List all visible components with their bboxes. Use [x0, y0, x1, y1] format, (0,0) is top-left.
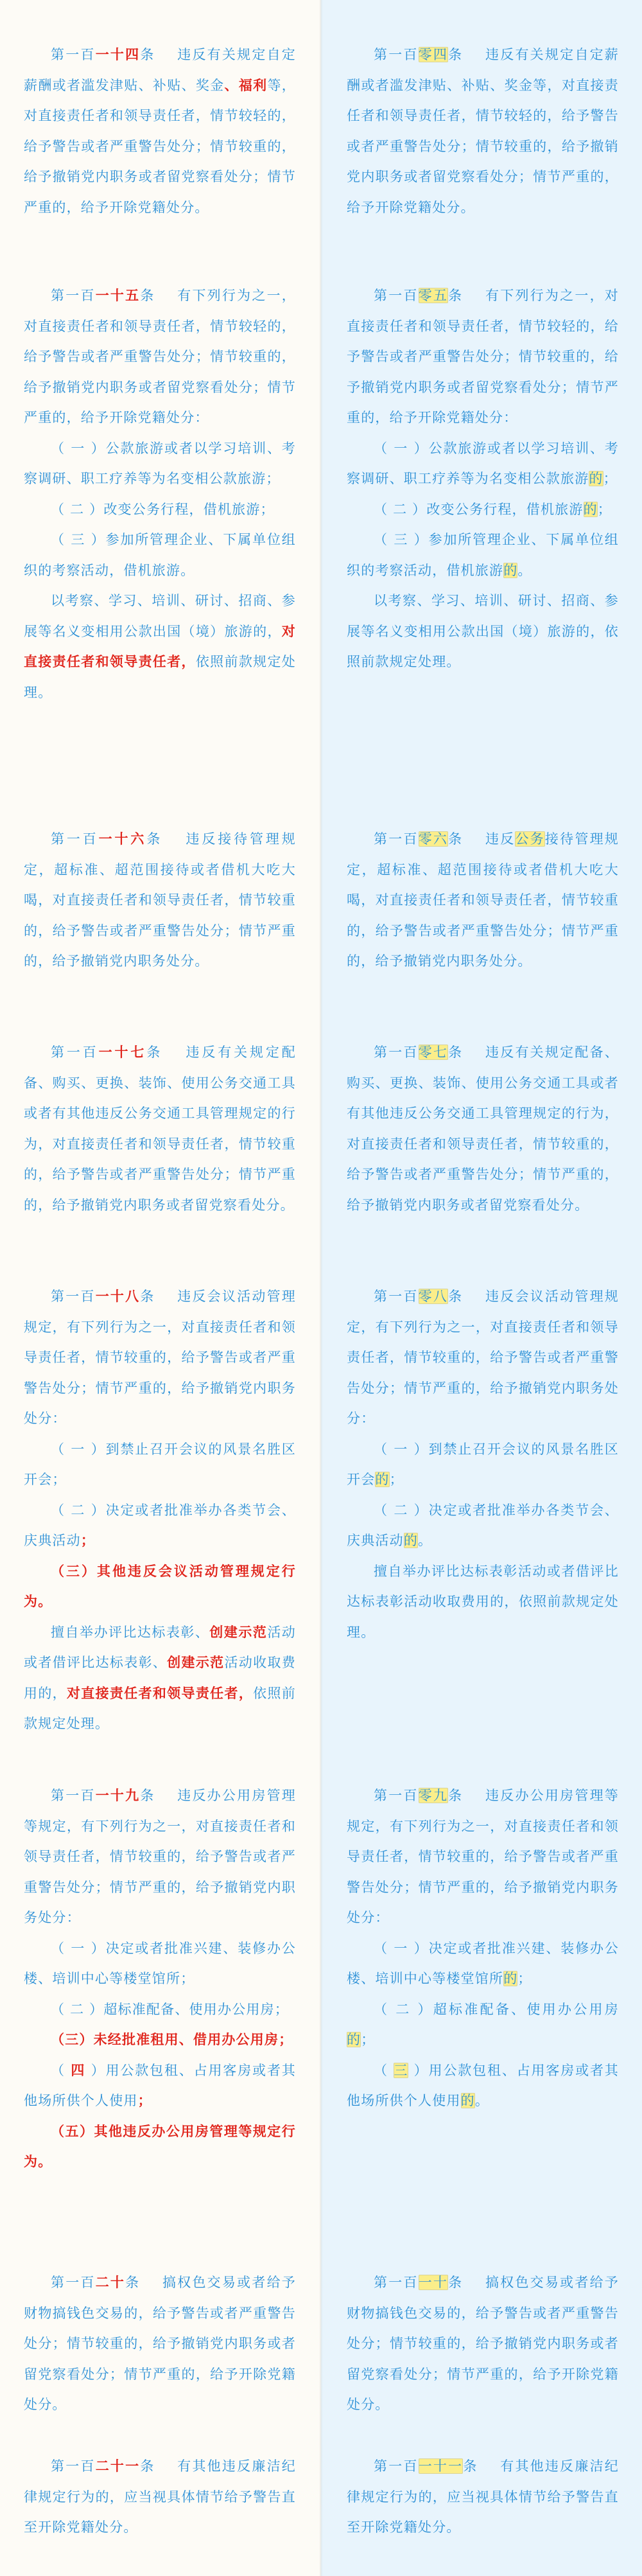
changed-text-highlight: 的 [584, 502, 598, 517]
article-clause-paragraph: （ 二 ）改变公务行程，借机旅游； [24, 495, 296, 525]
body-text: （ 一 ）公款旅游或者以学习培训、考察调研、职工疗养等为名变相公款旅游； [24, 441, 296, 487]
body-text: 条 [125, 2275, 140, 2290]
old-article-6: 第一百零九条违反办公用房管理等规定，有下列行为之一，对直接责任者和领导责任者，情… [347, 1781, 619, 2117]
body-text: （ 二 ）改变公务行程，借机旅游 [374, 502, 584, 517]
old-article-1: 第一百零四条违反有关规定自定薪酬或者滥发津贴、补贴、奖金等，对直接责任者和领导责… [347, 40, 619, 223]
body-text: （ 一 ）决定或者批准兴建、装修办公楼、培训中心等楼堂馆所； [24, 1941, 296, 1987]
article-heading-paragraph: 第一百一十九条违反办公用房管理等规定，有下列行为之一，对直接责任者和领导责任者，… [24, 1781, 296, 1934]
article-clause-paragraph: （ 二 ）决定或者批准举办各类节会、庆典活动； [24, 1495, 296, 1557]
body-text: （ 二 ）决定或者批准举办各类节会、庆典活动 [24, 1503, 296, 1549]
added-text: ； [138, 2093, 152, 2108]
body-text: 条 [448, 2275, 463, 2290]
article-clause-paragraph: （ 二 ）改变公务行程，借机旅游的； [347, 495, 619, 525]
body-text: （ 二 ）超标准配备、使用办公用房； [51, 2002, 289, 2017]
new-article-3: 第一百一十六条违反接待管理规定，超标准、超范围接待或者借机大吃大喝，对直接责任者… [24, 824, 296, 977]
body-text: 条 [140, 1289, 155, 1304]
article-clause-paragraph: （ 二 ）超标准配备、使用办公用房的； [347, 1995, 619, 2056]
article-heading-paragraph: 第一百一十六条违反接待管理规定，超标准、超范围接待或者借机大吃大喝，对直接责任者… [24, 824, 296, 977]
body-text: 条 [140, 47, 155, 62]
article-clause-paragraph: 擅自举办评比达标表彰、创建示范活动或者借评比达标表彰、创建示范活动收取费用的，对… [24, 1618, 296, 1740]
article-clause-paragraph: （ 一 ）到禁止召开会议的风景名胜区开会； [24, 1434, 296, 1495]
body-text: ； [603, 471, 618, 486]
article-clause-paragraph: （ 一 ）公款旅游或者以学习培训、考察调研、职工疗养等为名变相公款旅游的； [347, 434, 619, 495]
added-text: 一十五 [96, 288, 141, 303]
article-clause-paragraph: （ 三 ）用公款包租、占用客房或者其他场所供个人使用的。 [347, 2056, 619, 2117]
changed-text-highlight: 的 [375, 1472, 389, 1487]
body-text: ； [361, 2032, 375, 2047]
added-text: 、福利 [225, 78, 268, 93]
added-text: 四 [71, 2063, 85, 2078]
body-text: 条 [140, 2458, 155, 2474]
body-text: 等，对直接责任者和领导责任者，情节较轻的，给予警告或者严重警告处分；情节较重的，… [24, 78, 296, 215]
changed-text-highlight: 零四 [419, 47, 448, 62]
added-text: 二十 [96, 2275, 125, 2290]
article-clause-paragraph: （ 三 ）参加所管理企业、下属单位组织的考察活动，借机旅游的。 [347, 525, 619, 586]
changed-text-highlight: 的 [589, 471, 603, 486]
body-text: 以考察、学习、培训、研讨、招商、参展等名义变相用公款出国（境）旅游的，依照前款规… [347, 593, 619, 669]
body-text: 第一百 [374, 2458, 419, 2474]
article-clause-paragraph: （ 一 ）到禁止召开会议的风景名胜区开会的； [347, 1434, 619, 1495]
article-heading-paragraph: 第一百一十一条有其他违反廉洁纪律规定行为的，应当视具体情节给予警告直至开除党籍处… [347, 2451, 619, 2543]
added-text: （五）其他违反办公用房管理等规定行为。 [24, 2124, 296, 2170]
article-heading-paragraph: 第一百一十八条违反会议活动管理规定，有下列行为之一，对直接责任者和领导责任者，情… [24, 1282, 296, 1434]
body-text: 有下列行为之一，对直接责任者和领导责任者，情节较轻的，给予警告或者严重警告处分；… [24, 288, 296, 425]
article-heading-paragraph: 第一百零五条有下列行为之一，对直接责任者和领导责任者，情节较轻的，给予警告或者严… [347, 281, 619, 434]
body-text: 违反会议活动管理规定，有下列行为之一，对直接责任者和领导责任者，情节较重的，给予… [347, 1289, 619, 1426]
body-text: 第一百 [374, 2275, 419, 2290]
body-text: 条 [140, 288, 155, 303]
old-article-7: 第一百一十条搞权色交易或者给予财物搞钱色交易的，给予警告或者严重警告处分；情节较… [347, 2268, 619, 2421]
added-text: 一十六 [99, 831, 147, 847]
body-text: 第一百 [374, 288, 419, 303]
body-text: 条 [140, 1788, 155, 1803]
body-text: 第一百 [51, 2458, 96, 2474]
new-article-2: 第一百一十五条有下列行为之一，对直接责任者和领导责任者，情节较轻的，给予警告或者… [24, 281, 296, 708]
added-text: 创建示范 [209, 1625, 267, 1640]
body-text: 搞权色交易或者给予财物搞钱色交易的，给予警告或者严重警告处分；情节较重的，给予撤… [347, 2275, 619, 2412]
new-article-4: 第一百一十七条违反有关规定配备、购买、更换、装饰、使用公务交通工具或者有其他违反… [24, 1037, 296, 1221]
added-text: 一十九 [96, 1788, 141, 1803]
article-heading-paragraph: 第一百一十四条违反有关规定自定薪酬或者滥发津贴、补贴、奖金、福利等，对直接责任者… [24, 40, 296, 223]
changed-text-highlight: 零九 [419, 1788, 448, 1803]
article-clause-paragraph: 以考察、学习、培训、研讨、招商、参展等名义变相用公款出国（境）旅游的，依照前款规… [347, 586, 619, 678]
added-text: （三）未经批准租用、借用办公用房； [51, 2032, 293, 2047]
body-text: ； [517, 1971, 532, 1986]
changed-text-highlight: 的 [503, 1971, 517, 1986]
body-text: （ 一 ）到禁止召开会议的风景名胜区开会； [24, 1442, 296, 1488]
body-text: （ [51, 2063, 71, 2078]
body-text: 条 [448, 1788, 463, 1803]
body-text: （ 一 ）公款旅游或者以学习培训、考察调研、职工疗养等为名变相公款旅游 [347, 441, 619, 487]
changed-text-highlight: 的 [503, 563, 517, 578]
article-clause-paragraph: （ 二 ）决定或者批准举办各类节会、庆典活动的。 [347, 1495, 619, 1557]
article-clause-paragraph: 擅自举办评比达标表彰活动或者借评比达标表彰活动收取费用的，依照前款规定处理。 [347, 1557, 619, 1648]
body-text: （ 二 ）超标准配备、使用办公用房 [374, 2002, 619, 2017]
article-heading-paragraph: 第一百二十条搞权色交易或者给予财物搞钱色交易的，给予警告或者严重警告处分；情节较… [24, 2268, 296, 2421]
body-text: 条 [146, 1045, 162, 1060]
body-text: 条 [448, 288, 463, 303]
comparison-page: 第一百一十四条违反有关规定自定薪酬或者滥发津贴、补贴、奖金、福利等，对直接责任者… [0, 0, 642, 2576]
article-clause-paragraph: （ 一 ）决定或者批准兴建、装修办公楼、培训中心等楼堂馆所； [24, 1934, 296, 1995]
body-text: ； [598, 502, 612, 517]
body-text: 违反办公用房管理等规定，有下列行为之一，对直接责任者和领导责任者，情节较重的，给… [347, 1788, 619, 1925]
article-clause-paragraph: （ 四 ）用公款包租、占用客房或者其他场所供个人使用； [24, 2056, 296, 2117]
body-text: 第一百 [374, 1289, 419, 1304]
body-text: 第一百 [374, 1045, 419, 1060]
body-text: 第一百 [51, 47, 96, 62]
new-article-7: 第一百二十条搞权色交易或者给予财物搞钱色交易的，给予警告或者严重警告处分；情节较… [24, 2268, 296, 2421]
article-heading-paragraph: 第一百一十七条违反有关规定配备、购买、更换、装饰、使用公务交通工具或者有其他违反… [24, 1037, 296, 1221]
added-text: （三）其他违反会议活动管理规定行为。 [24, 1564, 296, 1610]
body-text: 第一百 [51, 2275, 96, 2290]
body-text: 违反有关规定自定薪酬或者滥发津贴、补贴、奖金等，对直接责任者和领导责任者，情节较… [347, 47, 619, 215]
added-text: 二十一 [96, 2458, 141, 2474]
body-text: 第一百 [374, 1788, 419, 1803]
changed-text-highlight: 零六 [419, 831, 448, 847]
article-heading-paragraph: 第一百一十条搞权色交易或者给予财物搞钱色交易的，给予警告或者严重警告处分；情节较… [347, 2268, 619, 2421]
article-clause-paragraph: （ 二 ）超标准配备、使用办公用房； [24, 1995, 296, 2025]
new-article-1: 第一百一十四条违反有关规定自定薪酬或者滥发津贴、补贴、奖金、福利等，对直接责任者… [24, 40, 296, 223]
body-text: 违反会议活动管理规定，有下列行为之一，对直接责任者和领导责任者，情节较重的，给予… [24, 1289, 296, 1426]
article-clause-paragraph: 以考察、学习、培训、研讨、招商、参展等名义变相用公款出国（境）旅游的，对直接责任… [24, 586, 296, 708]
body-text: 以考察、学习、培训、研讨、招商、参展等名义变相用公款出国（境）旅游的， [24, 593, 296, 639]
changed-text-highlight: 三 [394, 2063, 408, 2078]
body-text: 违反有关规定配备、购买、更换、装饰、使用公务交通工具或者有其他违反公务交通工具管… [24, 1045, 296, 1213]
changed-text-highlight: 一十一 [419, 2458, 464, 2474]
body-text: 违反办公用房管理等规定，有下列行为之一，对直接责任者和领导责任者，情节较重的，给… [24, 1788, 296, 1925]
article-clause-paragraph: （ 一 ）决定或者批准兴建、装修办公楼、培训中心等楼堂馆所的； [347, 1934, 619, 1995]
body-text: 。 [475, 2093, 489, 2108]
article-heading-paragraph: 第一百零八条违反会议活动管理规定，有下列行为之一，对直接责任者和领导责任者，情节… [347, 1282, 619, 1434]
body-text: 。 [418, 1533, 432, 1548]
article-clause-paragraph: （三）其他违反会议活动管理规定行为。 [24, 1557, 296, 1618]
old-article-8: 第一百一十一条有其他违反廉洁纪律规定行为的，应当视具体情节给予警告直至开除党籍处… [347, 2451, 619, 2543]
added-text: ； [81, 1533, 95, 1548]
old-article-5: 第一百零八条违反会议活动管理规定，有下列行为之一，对直接责任者和领导责任者，情节… [347, 1282, 619, 1648]
body-text: 搞权色交易或者给予财物搞钱色交易的，给予警告或者严重警告处分；情节较重的，给予撤… [24, 2275, 296, 2412]
body-text: （ 三 ）参加所管理企业、下属单位组织的考察活动，借机旅游 [347, 532, 619, 578]
body-text: 条 [463, 2458, 478, 2474]
old-article-4: 第一百零七条违反有关规定配备、购买、更换、装饰、使用公务交通工具或者有其他违反公… [347, 1037, 619, 1221]
changed-text-highlight: 一十 [419, 2275, 448, 2290]
body-text: 违反 [485, 831, 515, 847]
body-text: 违反接待管理规定，超标准、超范围接待或者借机大吃大喝，对直接责任者和领导责任者，… [24, 831, 296, 969]
body-text: 条 [448, 47, 463, 62]
body-text: 条 [448, 1289, 463, 1304]
article-clause-paragraph: （ 三 ）参加所管理企业、下属单位组织的考察活动，借机旅游。 [24, 525, 296, 586]
old-article-2: 第一百零五条有下列行为之一，对直接责任者和领导责任者，情节较轻的，给予警告或者严… [347, 281, 619, 678]
body-text: 第一百 [51, 288, 96, 303]
body-text: 有下列行为之一，对直接责任者和领导责任者，情节较轻的，给予警告或者严重警告处分；… [347, 288, 619, 425]
changed-text-highlight: 的 [461, 2093, 475, 2108]
added-text: 一十七 [99, 1045, 147, 1060]
body-text: 条 [146, 831, 162, 847]
article-clause-paragraph: （三）未经批准租用、借用办公用房； [24, 2025, 296, 2056]
article-heading-paragraph: 第一百零九条违反办公用房管理等规定，有下列行为之一，对直接责任者和领导责任者，情… [347, 1781, 619, 1934]
body-text: （ [374, 2063, 394, 2078]
body-text: 违反有关规定配备、购买、更换、装饰、使用公务交通工具或者有其他违反公务交通工具管… [347, 1045, 619, 1213]
body-text: 第一百 [51, 1289, 96, 1304]
changed-text-highlight: 零七 [419, 1045, 448, 1060]
body-text: 条 [448, 1045, 463, 1060]
added-text: 对直接责任者和领导责任者， [67, 1686, 253, 1701]
body-text: （ 二 ）改变公务行程，借机旅游； [51, 502, 275, 517]
article-heading-paragraph: 第一百零六条违反公务接待管理规定，超标准、超范围接待或者借机大吃大喝，对直接责任… [347, 824, 619, 977]
changed-text-highlight: 公务 [515, 831, 544, 847]
body-text: 擅自举办评比达标表彰、 [51, 1625, 209, 1640]
body-text: 第一百 [51, 831, 99, 847]
body-text: （ 二 ）决定或者批准举办各类节会、庆典活动 [347, 1503, 619, 1549]
body-text: 擅自举办评比达标表彰活动或者借评比达标表彰活动收取费用的，依照前款规定处理。 [347, 1564, 619, 1640]
article-clause-paragraph: （ 一 ）公款旅游或者以学习培训、考察调研、职工疗养等为名变相公款旅游； [24, 434, 296, 495]
changed-text-highlight: 零八 [419, 1289, 448, 1304]
added-text: 一十八 [96, 1289, 141, 1304]
body-text: （ 一 ）决定或者批准兴建、装修办公楼、培训中心等楼堂馆所 [347, 1941, 619, 1987]
article-heading-paragraph: 第一百零四条违反有关规定自定薪酬或者滥发津贴、补贴、奖金等，对直接责任者和领导责… [347, 40, 619, 223]
body-text: 第一百 [51, 1045, 99, 1060]
article-heading-paragraph: 第一百零七条违反有关规定配备、购买、更换、装饰、使用公务交通工具或者有其他违反公… [347, 1037, 619, 1221]
body-text: 第一百 [51, 1788, 96, 1803]
body-text: 。 [517, 563, 532, 578]
article-heading-paragraph: 第一百一十五条有下列行为之一，对直接责任者和领导责任者，情节较轻的，给予警告或者… [24, 281, 296, 434]
new-article-6: 第一百一十九条违反办公用房管理等规定，有下列行为之一，对直接责任者和领导责任者，… [24, 1781, 296, 2178]
body-text: ； [390, 1472, 404, 1487]
body-text: 条 [448, 831, 463, 847]
changed-text-highlight: 的 [347, 2032, 361, 2047]
new-article-8: 第一百二十一条有其他违反廉洁纪律规定行为的，应当视具体情节给予警告直至开除党籍处… [24, 2451, 296, 2543]
changed-text-highlight: 零五 [419, 288, 448, 303]
changed-text-highlight: 的 [404, 1533, 418, 1548]
body-text: 第一百 [374, 831, 419, 847]
added-text: 创建示范 [167, 1655, 224, 1670]
article-clause-paragraph: （五）其他违反办公用房管理等规定行为。 [24, 2117, 296, 2178]
body-text: （ 三 ）参加所管理企业、下属单位组织的考察活动，借机旅游。 [24, 532, 296, 578]
article-heading-paragraph: 第一百二十一条有其他违反廉洁纪律规定行为的，应当视具体情节给予警告直至开除党籍处… [24, 2451, 296, 2543]
added-text: 一十四 [96, 47, 141, 62]
old-article-3: 第一百零六条违反公务接待管理规定，超标准、超范围接待或者借机大吃大喝，对直接责任… [347, 824, 619, 977]
body-text: 第一百 [374, 47, 419, 62]
body-text: 接待管理规定，超标准、超范围接待或者借机大吃大喝，对直接责任者和领导责任者，情节… [347, 831, 619, 969]
column-divider [320, 0, 322, 2576]
new-article-5: 第一百一十八条违反会议活动管理规定，有下列行为之一，对直接责任者和领导责任者，情… [24, 1282, 296, 1740]
